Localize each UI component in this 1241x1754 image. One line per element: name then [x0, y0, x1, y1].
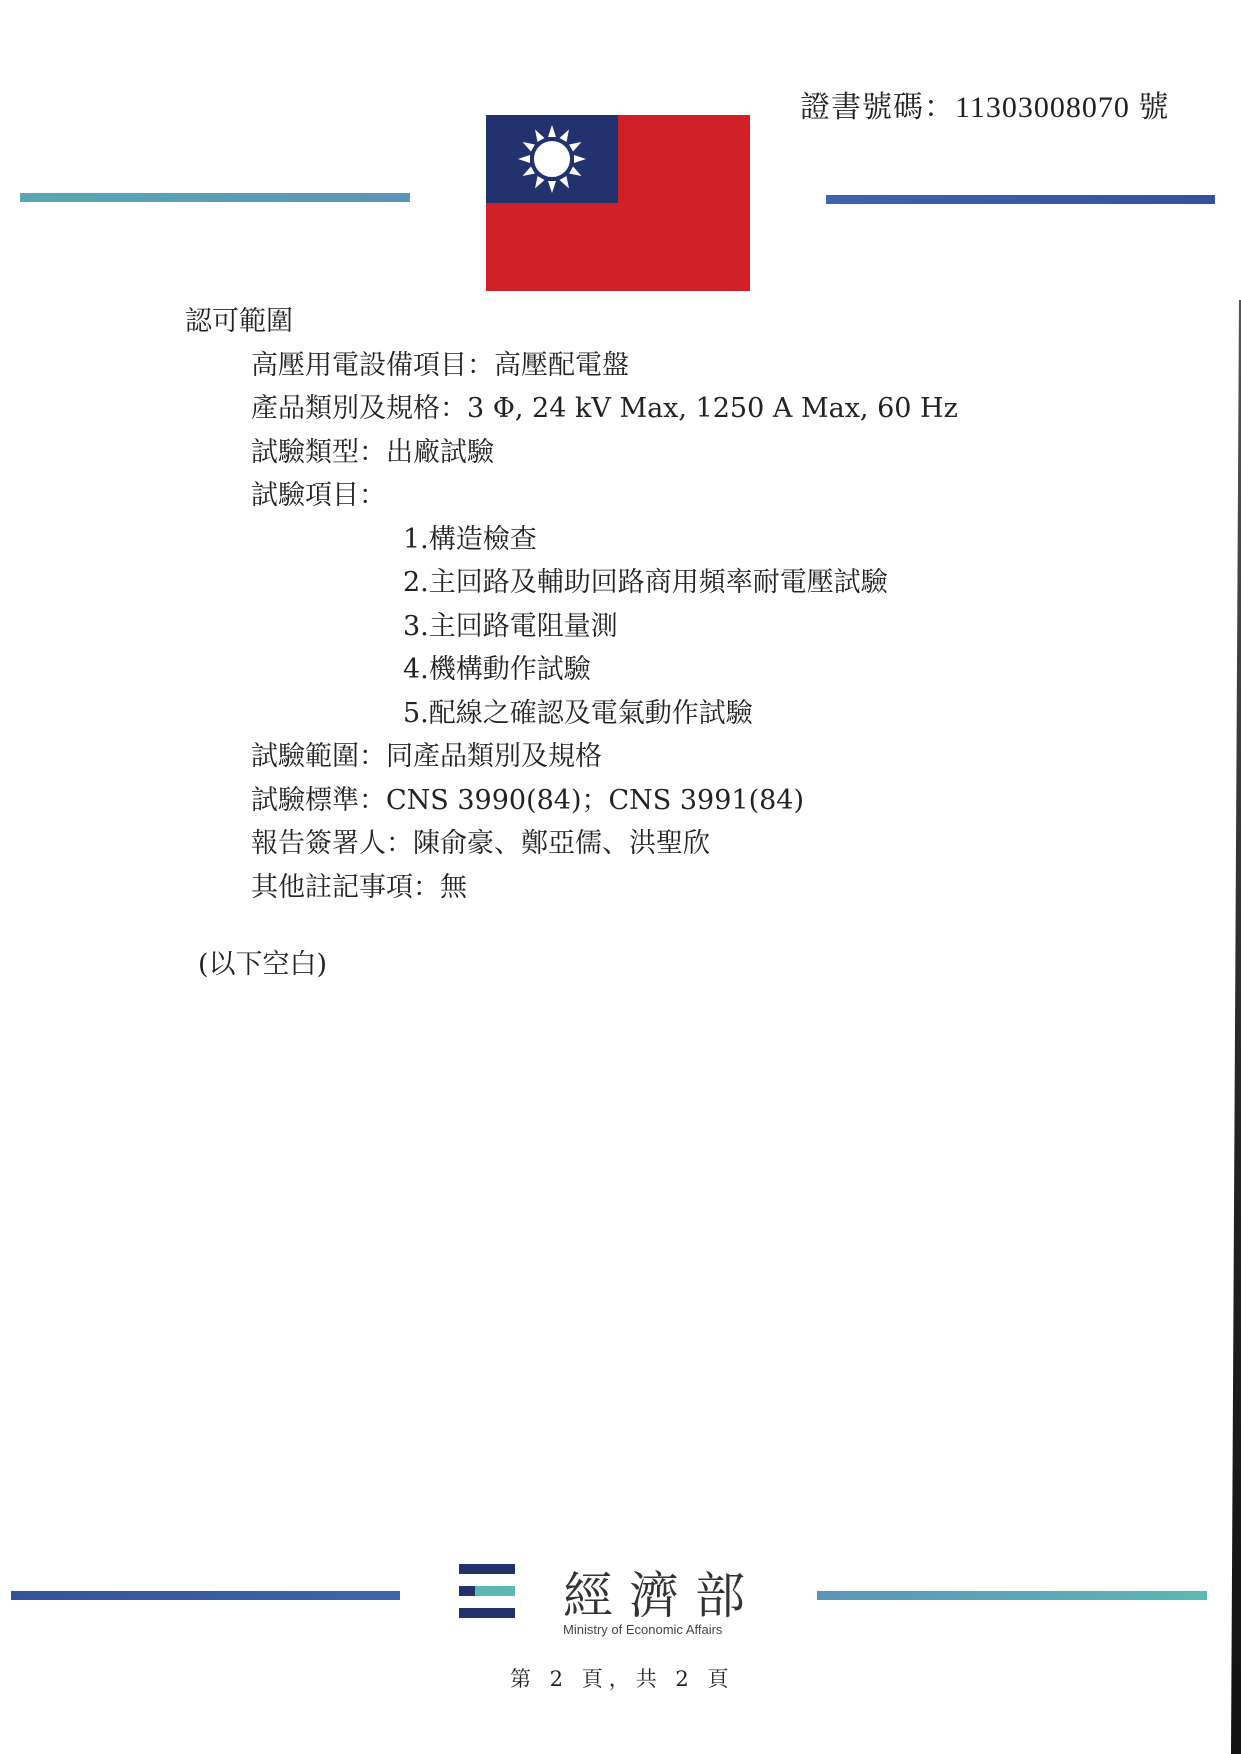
national-flag	[486, 115, 750, 291]
scan-edge-shadow	[1231, 300, 1241, 1754]
other-notes: 其他註記事項：無	[185, 866, 958, 910]
page-indicator: 第 2 頁，共 2 頁	[510, 1663, 734, 1693]
test-type: 試驗類型：出廠試驗	[185, 431, 958, 475]
logo-stripe-top	[459, 1564, 515, 1574]
test-item: 2.主回路及輔助回路商用頻率耐電壓試驗	[185, 561, 958, 605]
test-items-label: 試驗項目：	[185, 474, 958, 518]
test-item: 3.主回路電阻量測	[185, 605, 958, 649]
ministry-name-chinese: 經濟部	[563, 1556, 761, 1628]
equipment-item: 高壓用電設備項目：高壓配電盤	[185, 344, 958, 388]
logo-stripe-middle	[459, 1586, 475, 1596]
footer-right-bar	[817, 1591, 1207, 1600]
header-left-bar	[20, 193, 410, 202]
header-right-bar	[826, 195, 1215, 204]
certificate-number: 證書號碼：11303008070 號	[800, 82, 1169, 126]
scope-heading: 認可範圍	[185, 300, 958, 344]
ministry-logo: 經濟部 Ministry of Economic Affairs	[459, 1560, 769, 1640]
test-item: 4.機構動作試驗	[185, 648, 958, 692]
category-spec: 產品類別及規格：3 Φ, 24 kV Max, 1250 A Max, 60 H…	[185, 387, 958, 431]
footer-left-bar	[11, 1591, 400, 1600]
blank-below-note: (以下空白)	[198, 942, 327, 981]
flag-canton	[486, 115, 618, 203]
test-item: 5.配線之確認及電氣動作試驗	[185, 692, 958, 736]
white-sun-icon	[508, 119, 596, 199]
logo-stripe-middle-teal	[475, 1586, 515, 1596]
test-item: 1.構造檢查	[185, 518, 958, 562]
test-standard: 試驗標準：CNS 3990(84)；CNS 3991(84)	[185, 779, 958, 823]
test-range: 試驗範圍：同產品類別及規格	[185, 735, 958, 779]
logo-stripe-bottom	[459, 1608, 515, 1618]
approval-scope: 認可範圍 高壓用電設備項目：高壓配電盤 產品類別及規格：3 Φ, 24 kV M…	[185, 300, 958, 909]
ministry-name-english: Ministry of Economic Affairs	[563, 1622, 722, 1637]
report-signatories: 報告簽署人：陳俞豪、鄭亞儒、洪聖欣	[185, 822, 958, 866]
